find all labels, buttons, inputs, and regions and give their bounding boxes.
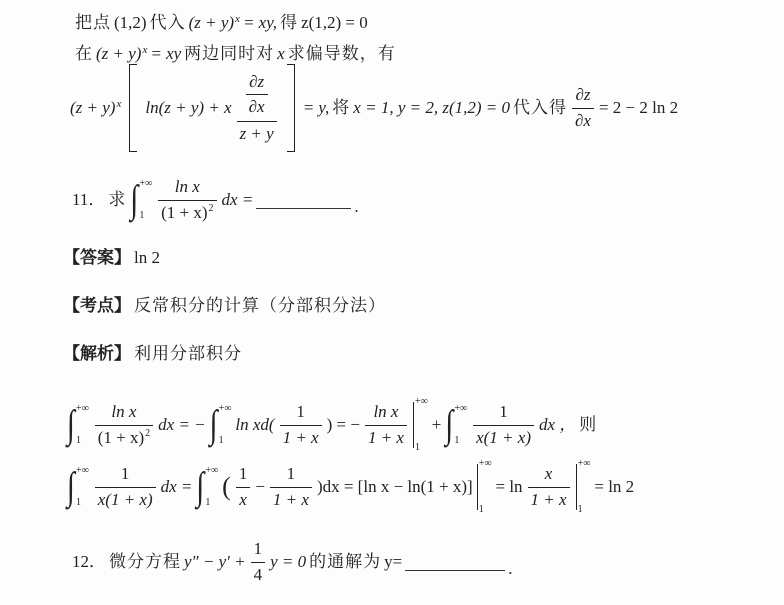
fraction: 1 1 + x bbox=[280, 401, 322, 448]
integral-lower-limit: 1 bbox=[219, 436, 232, 446]
math-equation: = y, bbox=[303, 97, 330, 118]
partial-fraction: ∂z ∂x bbox=[246, 71, 268, 118]
left-square-bracket bbox=[129, 64, 137, 152]
math-equation: )dx = [ln x − ln(1 + x)] bbox=[317, 476, 473, 497]
math-expression: (z + y)x bbox=[70, 97, 121, 118]
text-fragment: 则 bbox=[579, 414, 597, 435]
evaluation-bar: +∞1 bbox=[477, 459, 492, 515]
minus-operator: − bbox=[255, 476, 265, 497]
exponent: x bbox=[235, 13, 240, 25]
bar-icon bbox=[413, 402, 414, 448]
answer-blank bbox=[405, 570, 505, 571]
integral: ∫+∞1 bbox=[130, 179, 152, 221]
math-result: = 2 − 2 ln 2 bbox=[599, 97, 678, 118]
integral-lower-limit: 1 bbox=[76, 498, 89, 508]
text-fragment: 求偏导数，有 bbox=[288, 43, 396, 64]
fraction-numerator: 1 bbox=[95, 463, 156, 487]
text-fragment: 两边同时对 bbox=[184, 43, 274, 64]
denominator-exponent: 2 bbox=[145, 428, 150, 439]
fraction-numerator: 1 bbox=[251, 538, 266, 562]
fraction-numerator: ln x bbox=[365, 401, 407, 425]
analysis-value: 利用分部积分 bbox=[134, 343, 242, 364]
fraction: 1 4 bbox=[251, 538, 266, 585]
right-square-bracket bbox=[287, 64, 295, 152]
text-fragment: 求 bbox=[108, 189, 126, 210]
fraction-denominator: 1 + x bbox=[528, 488, 570, 511]
answer-blank bbox=[256, 208, 351, 209]
substitution-values: x = 1, y = 2, z(1,2) = 0 bbox=[353, 97, 510, 118]
solution-variable: y= bbox=[384, 551, 402, 572]
integral-icon: ∫ bbox=[130, 180, 138, 219]
partial-derivative-equation: (z + y)x ln(z + y) + x ∂z ∂x z + y = y, … bbox=[70, 64, 678, 152]
math-equation: dx = bbox=[222, 189, 254, 210]
fraction: ln x (1 + x)2 bbox=[158, 176, 216, 223]
fraction: 1 x(1 + x) bbox=[473, 401, 534, 448]
evaluation-bar: +∞1 bbox=[413, 397, 428, 453]
integral-icon: ∫ bbox=[210, 405, 218, 444]
integral-lower-limit: 1 bbox=[76, 436, 89, 446]
fraction: ln x 1 + x bbox=[365, 401, 407, 448]
text-fragment: 将 bbox=[332, 97, 350, 118]
period: . bbox=[508, 558, 512, 579]
integral: ∫+∞1 bbox=[445, 404, 467, 446]
fraction: ln x (1 + x)2 bbox=[95, 401, 153, 448]
math-result: = ln 2 bbox=[594, 476, 634, 497]
math-expression: (z + y)x bbox=[96, 43, 147, 64]
denominator-base: (1 + x) bbox=[98, 428, 144, 447]
bar-icon bbox=[477, 464, 478, 510]
answer-line: 【答案】 ln 2 bbox=[63, 246, 160, 270]
integral-upper-limit: +∞ bbox=[76, 466, 89, 476]
math-expression: (z + y)x bbox=[189, 12, 240, 33]
fraction-numerator: 1 bbox=[280, 401, 322, 425]
integral: ∫+∞1 bbox=[210, 404, 232, 446]
text-fragment: 在 bbox=[75, 43, 93, 64]
integral-upper-limit: +∞ bbox=[454, 404, 467, 414]
fraction-numerator: 1 bbox=[270, 463, 312, 487]
bar-lower-limit: 1 bbox=[479, 505, 492, 515]
math-operator: ln xd( bbox=[235, 414, 274, 435]
math-equation: = xy, bbox=[243, 12, 277, 33]
math-differential: dx ， bbox=[539, 414, 576, 435]
math-equation: dx = − bbox=[158, 414, 206, 435]
question-12: 12． 微分方程 y″ − y′ + 1 4 y = 0 的通解为 y= . bbox=[72, 536, 512, 588]
partial-numerator: ∂z bbox=[572, 84, 594, 108]
fraction-numerator: ln x bbox=[95, 401, 153, 425]
fraction-numerator: ∂z ∂x bbox=[237, 71, 277, 122]
exponent: x bbox=[142, 44, 147, 56]
integration-by-parts-step-1: ∫+∞1 ln x (1 + x)2 dx = − ∫+∞1 ln xd( 1 … bbox=[66, 398, 597, 452]
fraction-denominator: x(1 + x) bbox=[473, 426, 534, 449]
text-fragment: 的通解为 bbox=[309, 551, 381, 572]
integral: ∫+∞1 bbox=[67, 466, 89, 508]
fraction-numerator: 1 bbox=[473, 401, 534, 425]
integral-icon: ∫ bbox=[67, 467, 75, 506]
denominator-exponent: 2 bbox=[209, 203, 214, 214]
document-page: 把点 (1,2) 代入 (z + y)x = xy, 得 z(1,2) = 0 … bbox=[0, 0, 784, 605]
analysis-label: 【解析】 bbox=[63, 343, 131, 364]
solution-step-1: 把点 (1,2) 代入 (z + y)x = xy, 得 z(1,2) = 0 bbox=[75, 8, 368, 38]
integral-upper-limit: +∞ bbox=[219, 404, 232, 414]
ode-expression: y″ − y′ + bbox=[184, 551, 246, 572]
integral-lower-limit: 1 bbox=[205, 498, 218, 508]
partial-denominator: ∂x bbox=[246, 95, 268, 118]
question-number: 11． bbox=[72, 189, 105, 210]
fraction: 1 1 + x bbox=[270, 463, 312, 510]
bar-lower-limit: 1 bbox=[578, 505, 591, 515]
expression-base: (z + y) bbox=[189, 13, 234, 32]
integral-icon: ∫ bbox=[67, 405, 75, 444]
integral-upper-limit: +∞ bbox=[205, 466, 218, 476]
integral-icon: ∫ bbox=[196, 467, 204, 506]
log-term: ln(z + y) + x bbox=[145, 97, 231, 118]
integral: ∫+∞1 bbox=[196, 466, 218, 508]
math-equation: = xy bbox=[150, 43, 181, 64]
period: . bbox=[354, 196, 358, 217]
question-11: 11． 求 ∫+∞1 ln x (1 + x)2 dx = . bbox=[72, 176, 359, 224]
fraction-denominator: (1 + x)2 bbox=[95, 426, 153, 449]
topic-line: 【考点】 反常积分的计算（分部积分法） bbox=[63, 294, 386, 318]
fraction-denominator: z + y bbox=[237, 122, 277, 145]
math-equation: ) = − bbox=[327, 414, 360, 435]
fraction-numerator: 1 bbox=[236, 463, 251, 487]
denominator-base: (1 + x) bbox=[161, 203, 207, 222]
evaluation-bar: +∞1 bbox=[576, 459, 591, 515]
fraction-denominator: x(1 + x) bbox=[95, 488, 156, 511]
math-variable: x bbox=[277, 43, 285, 64]
partial-fraction: ∂z ∂x bbox=[572, 84, 594, 131]
integral-icon: ∫ bbox=[445, 405, 453, 444]
topic-label: 【考点】 bbox=[63, 295, 131, 316]
answer-value: ln 2 bbox=[134, 247, 160, 268]
text-fragment: 微分方程 bbox=[109, 551, 181, 572]
question-number: 12． bbox=[72, 551, 106, 572]
left-paren: ( bbox=[222, 474, 231, 500]
answer-label: 【答案】 bbox=[63, 247, 131, 268]
integral: ∫+∞1 bbox=[67, 404, 89, 446]
fraction-denominator: 4 bbox=[251, 563, 266, 586]
fraction-denominator: 1 + x bbox=[280, 426, 322, 449]
bar-lower-limit: 1 bbox=[415, 443, 428, 453]
math-equation: = ln bbox=[495, 476, 522, 497]
expression-base: (z + y) bbox=[70, 98, 115, 117]
bar-icon bbox=[576, 464, 577, 510]
integration-by-parts-step-2: ∫+∞1 1 x(1 + x) dx = ∫+∞1 ( 1 x − 1 1 + … bbox=[66, 458, 634, 516]
analysis-line: 【解析】 利用分部积分 bbox=[63, 342, 242, 366]
text-fragment: 得 bbox=[280, 12, 298, 33]
nested-fraction: ∂z ∂x z + y bbox=[237, 71, 277, 145]
bar-upper-limit: +∞ bbox=[479, 459, 492, 469]
integral-lower-limit: 1 bbox=[454, 436, 467, 446]
bar-upper-limit: +∞ bbox=[415, 397, 428, 407]
math-point: (1,2) bbox=[114, 12, 147, 33]
partial-numerator: ∂z bbox=[246, 71, 268, 95]
integral-lower-limit: 1 bbox=[139, 211, 152, 221]
fraction: 1 x(1 + x) bbox=[95, 463, 156, 510]
math-equation: dx = bbox=[161, 476, 193, 497]
fraction: 1 x bbox=[236, 463, 251, 510]
expression-base: (z + y) bbox=[96, 44, 141, 63]
ode-equation: y = 0 bbox=[270, 551, 306, 572]
fraction-denominator: 1 + x bbox=[365, 426, 407, 449]
bar-upper-limit: +∞ bbox=[578, 459, 591, 469]
fraction-numerator: x bbox=[528, 463, 570, 487]
text-fragment: 代入 bbox=[150, 12, 186, 33]
text-fragment: 把点 bbox=[75, 12, 111, 33]
integral-upper-limit: +∞ bbox=[76, 404, 89, 414]
integral-upper-limit: +∞ bbox=[139, 179, 152, 189]
math-result: z(1,2) = 0 bbox=[301, 12, 368, 33]
fraction-denominator: x bbox=[236, 488, 251, 511]
fraction-denominator: 1 + x bbox=[270, 488, 312, 511]
fraction-numerator: ln x bbox=[158, 176, 216, 200]
fraction: x 1 + x bbox=[528, 463, 570, 510]
exponent: x bbox=[116, 98, 121, 110]
partial-denominator: ∂x bbox=[572, 109, 594, 132]
fraction-denominator: (1 + x)2 bbox=[158, 201, 216, 224]
text-fragment: 代入得 bbox=[513, 97, 567, 118]
topic-value: 反常积分的计算（分部积分法） bbox=[134, 295, 386, 316]
math-operator: + bbox=[432, 414, 442, 435]
